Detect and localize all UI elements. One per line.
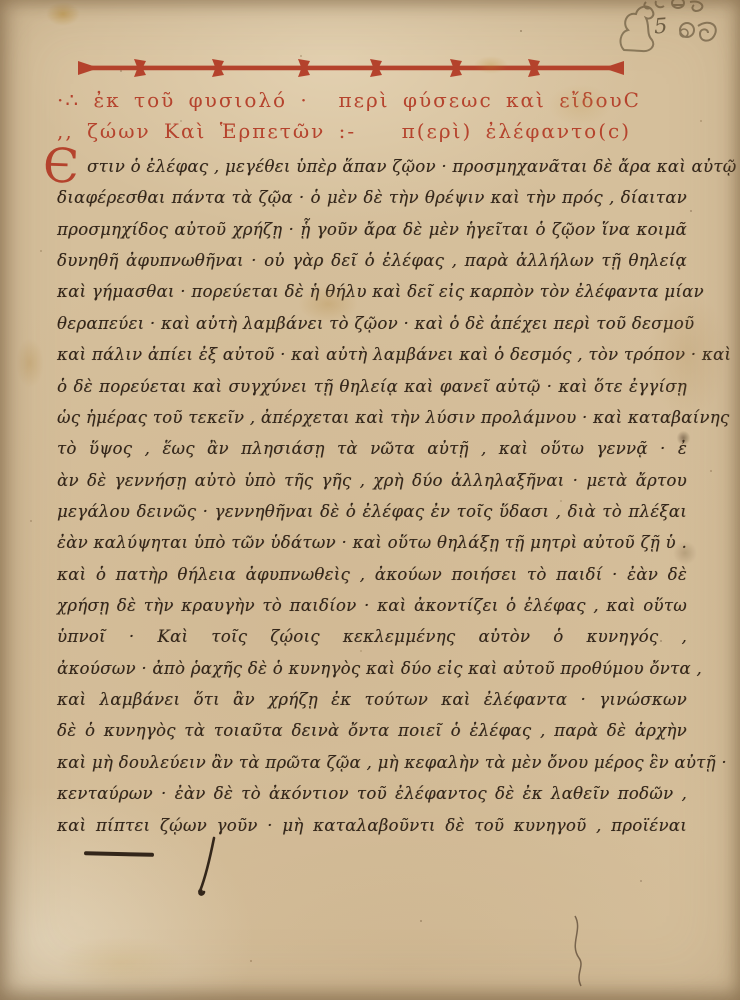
- body-line: στιν ὁ ἐλέφας , μεγέθει ὑπὲρ ἅπαν ζῷον ·…: [57, 151, 687, 182]
- body-line: ἐὰν καλύψηται ὑπὸ τῶν ὑδάτων · καὶ οὕτω …: [57, 527, 687, 558]
- chapter-heading-line-1: ·∴ ἐκ τοῦ φυσιολό · περὶ φύσεωϲ καὶ εἴδο…: [57, 85, 641, 116]
- heading-right-2: π(ερὶ) ἐλέφαντο(ϲ): [402, 116, 631, 147]
- folio-number: 5: [653, 14, 668, 39]
- body-line: καὶ πάλιν ἀπίει ἐξ αὐτοῦ · καὶ αὐτὴ λαμβ…: [57, 339, 687, 370]
- body-line: προσμηχίδος αὐτοῦ χρήζῃ · ᾗ γοῦν ἄρα δὲ …: [57, 214, 687, 245]
- body-line: κενταύρων · ἐὰν δὲ τὸ ἀκόντιον τοῦ ἐλέφα…: [57, 778, 687, 809]
- body-line: δὲ ὁ κυνηγὸς τὰ τοιαῦτα δεινὰ ὄντα ποιεῖ…: [57, 715, 687, 746]
- body-line: καὶ μὴ δουλεύειν ἂν τὰ πρῶτα ζῷα , μὴ κε…: [57, 747, 687, 778]
- body-line: θεραπεύει · καὶ αὐτὴ λαμβάνει τὸ ζῷον · …: [57, 308, 687, 339]
- body-line: μεγάλου δεινῶς · γεννηθῆναι δὲ ὁ ἐλέφας …: [57, 496, 687, 527]
- body-line: δυνηθῆ ἀφυπνωθῆναι · οὐ γὰρ δεῖ ὁ ἐλέφας…: [57, 245, 687, 276]
- chapter-heading: ·∴ ἐκ τοῦ φυσιολό · περὶ φύσεωϲ καὶ εἴδο…: [57, 85, 641, 147]
- body-line: διαφέρεσθαι πάντα τὰ ζῷα · ὁ μὲν δὲ τὴν …: [57, 182, 687, 213]
- heading-left-2: ,, ζώων Καὶ Ἑρπετῶν :‐: [57, 116, 356, 147]
- body-line: ὰν δὲ γεννήσῃ αὐτὸ ὑπὸ τῆς γῆς , χρὴ δύο…: [57, 465, 687, 496]
- stain: [46, 2, 80, 26]
- body-line: ὑπνοῖ · Καὶ τοῖς ζῴοις κεκλεμμένης αὐτὸν…: [57, 621, 687, 652]
- body-line: ἀκούσων · ἀπὸ ῥαχῆς δὲ ὁ κυνηγὸς καὶ δύο…: [57, 653, 687, 684]
- parchment-crack: [566, 914, 594, 988]
- stain: [16, 338, 44, 388]
- rubric-band-ornament: [78, 57, 624, 79]
- folio-flourish: [616, 0, 728, 56]
- body-line: ὁ δὲ πορεύεται καὶ συγχύνει τῇ θηλείᾳ κα…: [57, 371, 687, 402]
- body-text: στιν ὁ ἐλέφας , μεγέθει ὑπὲρ ἅπαν ζῷον ·…: [57, 151, 687, 841]
- ink-underline: [84, 851, 154, 857]
- heading-left-1: ·∴ ἐκ τοῦ φυσιολό ·: [57, 85, 309, 116]
- stain: [56, 936, 186, 990]
- pen-flourish-tail: [190, 836, 230, 898]
- body-line: καὶ πίπτει ζῴων γοῦν · μὴ καταλαβοῦντι δ…: [57, 810, 687, 841]
- heading-right-1: περὶ φύσεωϲ καὶ εἴδουϹ: [339, 85, 641, 116]
- chapter-heading-line-2: ,, ζώων Καὶ Ἑρπετῶν :‐ π(ερὶ) ἐλέφαντο(ϲ…: [57, 116, 631, 147]
- body-line: ὡς ἡμέρας τοῦ τεκεῖν , ἀπέρχεται καὶ τὴν…: [57, 402, 687, 433]
- body-line: καὶ γήμασθαι · πορεύεται δὲ ἡ θήλυ καὶ δ…: [57, 276, 687, 307]
- body-line: καὶ λαμβάνει ὅτι ἂν χρήζῃ ἐκ τούτων καὶ …: [57, 684, 687, 715]
- body-line: τὸ ὕψος , ἕως ἂν πλησιάσῃ τὰ νῶτα αὐτῇ ,…: [57, 433, 687, 464]
- folio-mark: 5: [616, 0, 728, 56]
- rubric-dots-mark: ·∴: [57, 88, 80, 112]
- body-line: καὶ ὁ πατὴρ θήλεια ἀφυπνωθεὶς , ἀκούων π…: [57, 559, 687, 590]
- manuscript-page: 5 ·∴ ἐκ τοῦ φυσιολό · περὶ φύσεωϲ καὶ εἴ…: [0, 0, 740, 1000]
- body-line: χρήσῃ δὲ τὴν κραυγὴν τὸ παιδίον · καὶ ἀκ…: [57, 590, 687, 621]
